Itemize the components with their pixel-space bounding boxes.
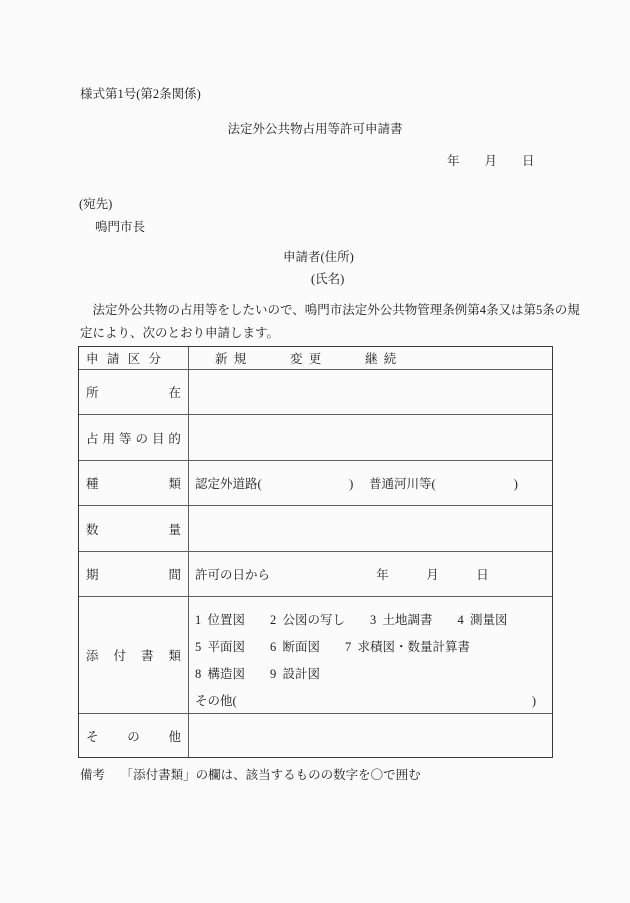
location-value bbox=[189, 370, 552, 414]
remarks-note: 備考 「添付書類」の欄は、該当するものの数字を〇で囲む bbox=[80, 765, 421, 783]
addressee-name: 鳴門市長 bbox=[95, 217, 145, 235]
attachments-other-line: その他( ) bbox=[195, 688, 552, 715]
row-label-kind: 種類 bbox=[79, 461, 189, 505]
table-row-location: 所在 bbox=[79, 370, 552, 415]
row-label-location: 所在 bbox=[79, 370, 189, 414]
row-label-application-type: 申請区分 bbox=[79, 347, 189, 369]
statement-line-1: 法定外公共物の占用等をしたいので、鳴門市法定外公共物管理条例第4条又は第5条の規 bbox=[80, 303, 580, 317]
attachments-line-1: 1 位置図 2 公図の写し 3 土地調書 4 測量図 bbox=[195, 607, 552, 634]
table-row-purpose: 占用等の目的 bbox=[79, 415, 552, 461]
applicant-address-label: 申請者(住所) bbox=[283, 247, 354, 265]
application-statement: 法定外公共物の占用等をしたいので、鳴門市法定外公共物管理条例第4条又は第5条の規… bbox=[80, 299, 562, 345]
date-line: 年 月 日 bbox=[447, 151, 535, 169]
row-label-quantity: 数量 bbox=[79, 506, 189, 551]
quantity-value bbox=[189, 506, 552, 551]
row-label-period: 期間 bbox=[79, 552, 189, 596]
attachments-other-close: ) bbox=[532, 688, 536, 715]
table-row-quantity: 数量 bbox=[79, 506, 552, 552]
purpose-value bbox=[189, 415, 552, 460]
other-value bbox=[189, 714, 552, 757]
form-number: 様式第1号(第2条関係) bbox=[80, 84, 201, 102]
table-row-other: その他 bbox=[79, 714, 552, 757]
attachments-line-3: 8 構造図 9 設計図 bbox=[195, 661, 552, 688]
attachments-list: 1 位置図 2 公図の写し 3 土地調書 4 測量図 5 平面図 6 断面図 7… bbox=[189, 597, 552, 713]
table-row-period: 期間 許可の日から 年 月 日 bbox=[79, 552, 552, 597]
period-value: 許可の日から 年 月 日 bbox=[189, 552, 552, 596]
kind-options: 認定外道路( ) 普通河川等( ) bbox=[189, 461, 552, 505]
row-label-purpose: 占用等の目的 bbox=[79, 415, 189, 460]
row-label-other: その他 bbox=[79, 714, 189, 757]
attachments-other-open: その他( bbox=[195, 688, 237, 715]
table-row-kind: 種類 認定外道路( ) 普通河川等( ) bbox=[79, 461, 552, 506]
row-label-attachments: 添付書類 bbox=[79, 597, 189, 713]
table-row-attachments: 添付書類 1 位置図 2 公図の写し 3 土地調書 4 測量図 5 平面図 6 … bbox=[79, 597, 552, 714]
page-title: 法定外公共物占用等許可申請書 bbox=[0, 119, 630, 137]
table-row-application-type: 申請区分 新 規 変 更 継 続 bbox=[79, 347, 552, 370]
application-table: 申請区分 新 規 変 更 継 続 所在 占用等の目的 種類 認定外道路( ) 普… bbox=[78, 346, 553, 758]
attachments-line-2: 5 平面図 6 断面図 7 求積図・数量計算書 bbox=[195, 634, 552, 661]
statement-line-2: 定により、次のとおり申請します。 bbox=[80, 326, 279, 340]
addressee-label: (宛先) bbox=[79, 194, 112, 212]
application-type-options: 新 規 変 更 継 続 bbox=[189, 347, 552, 369]
applicant-name-label: (氏名) bbox=[311, 269, 344, 287]
